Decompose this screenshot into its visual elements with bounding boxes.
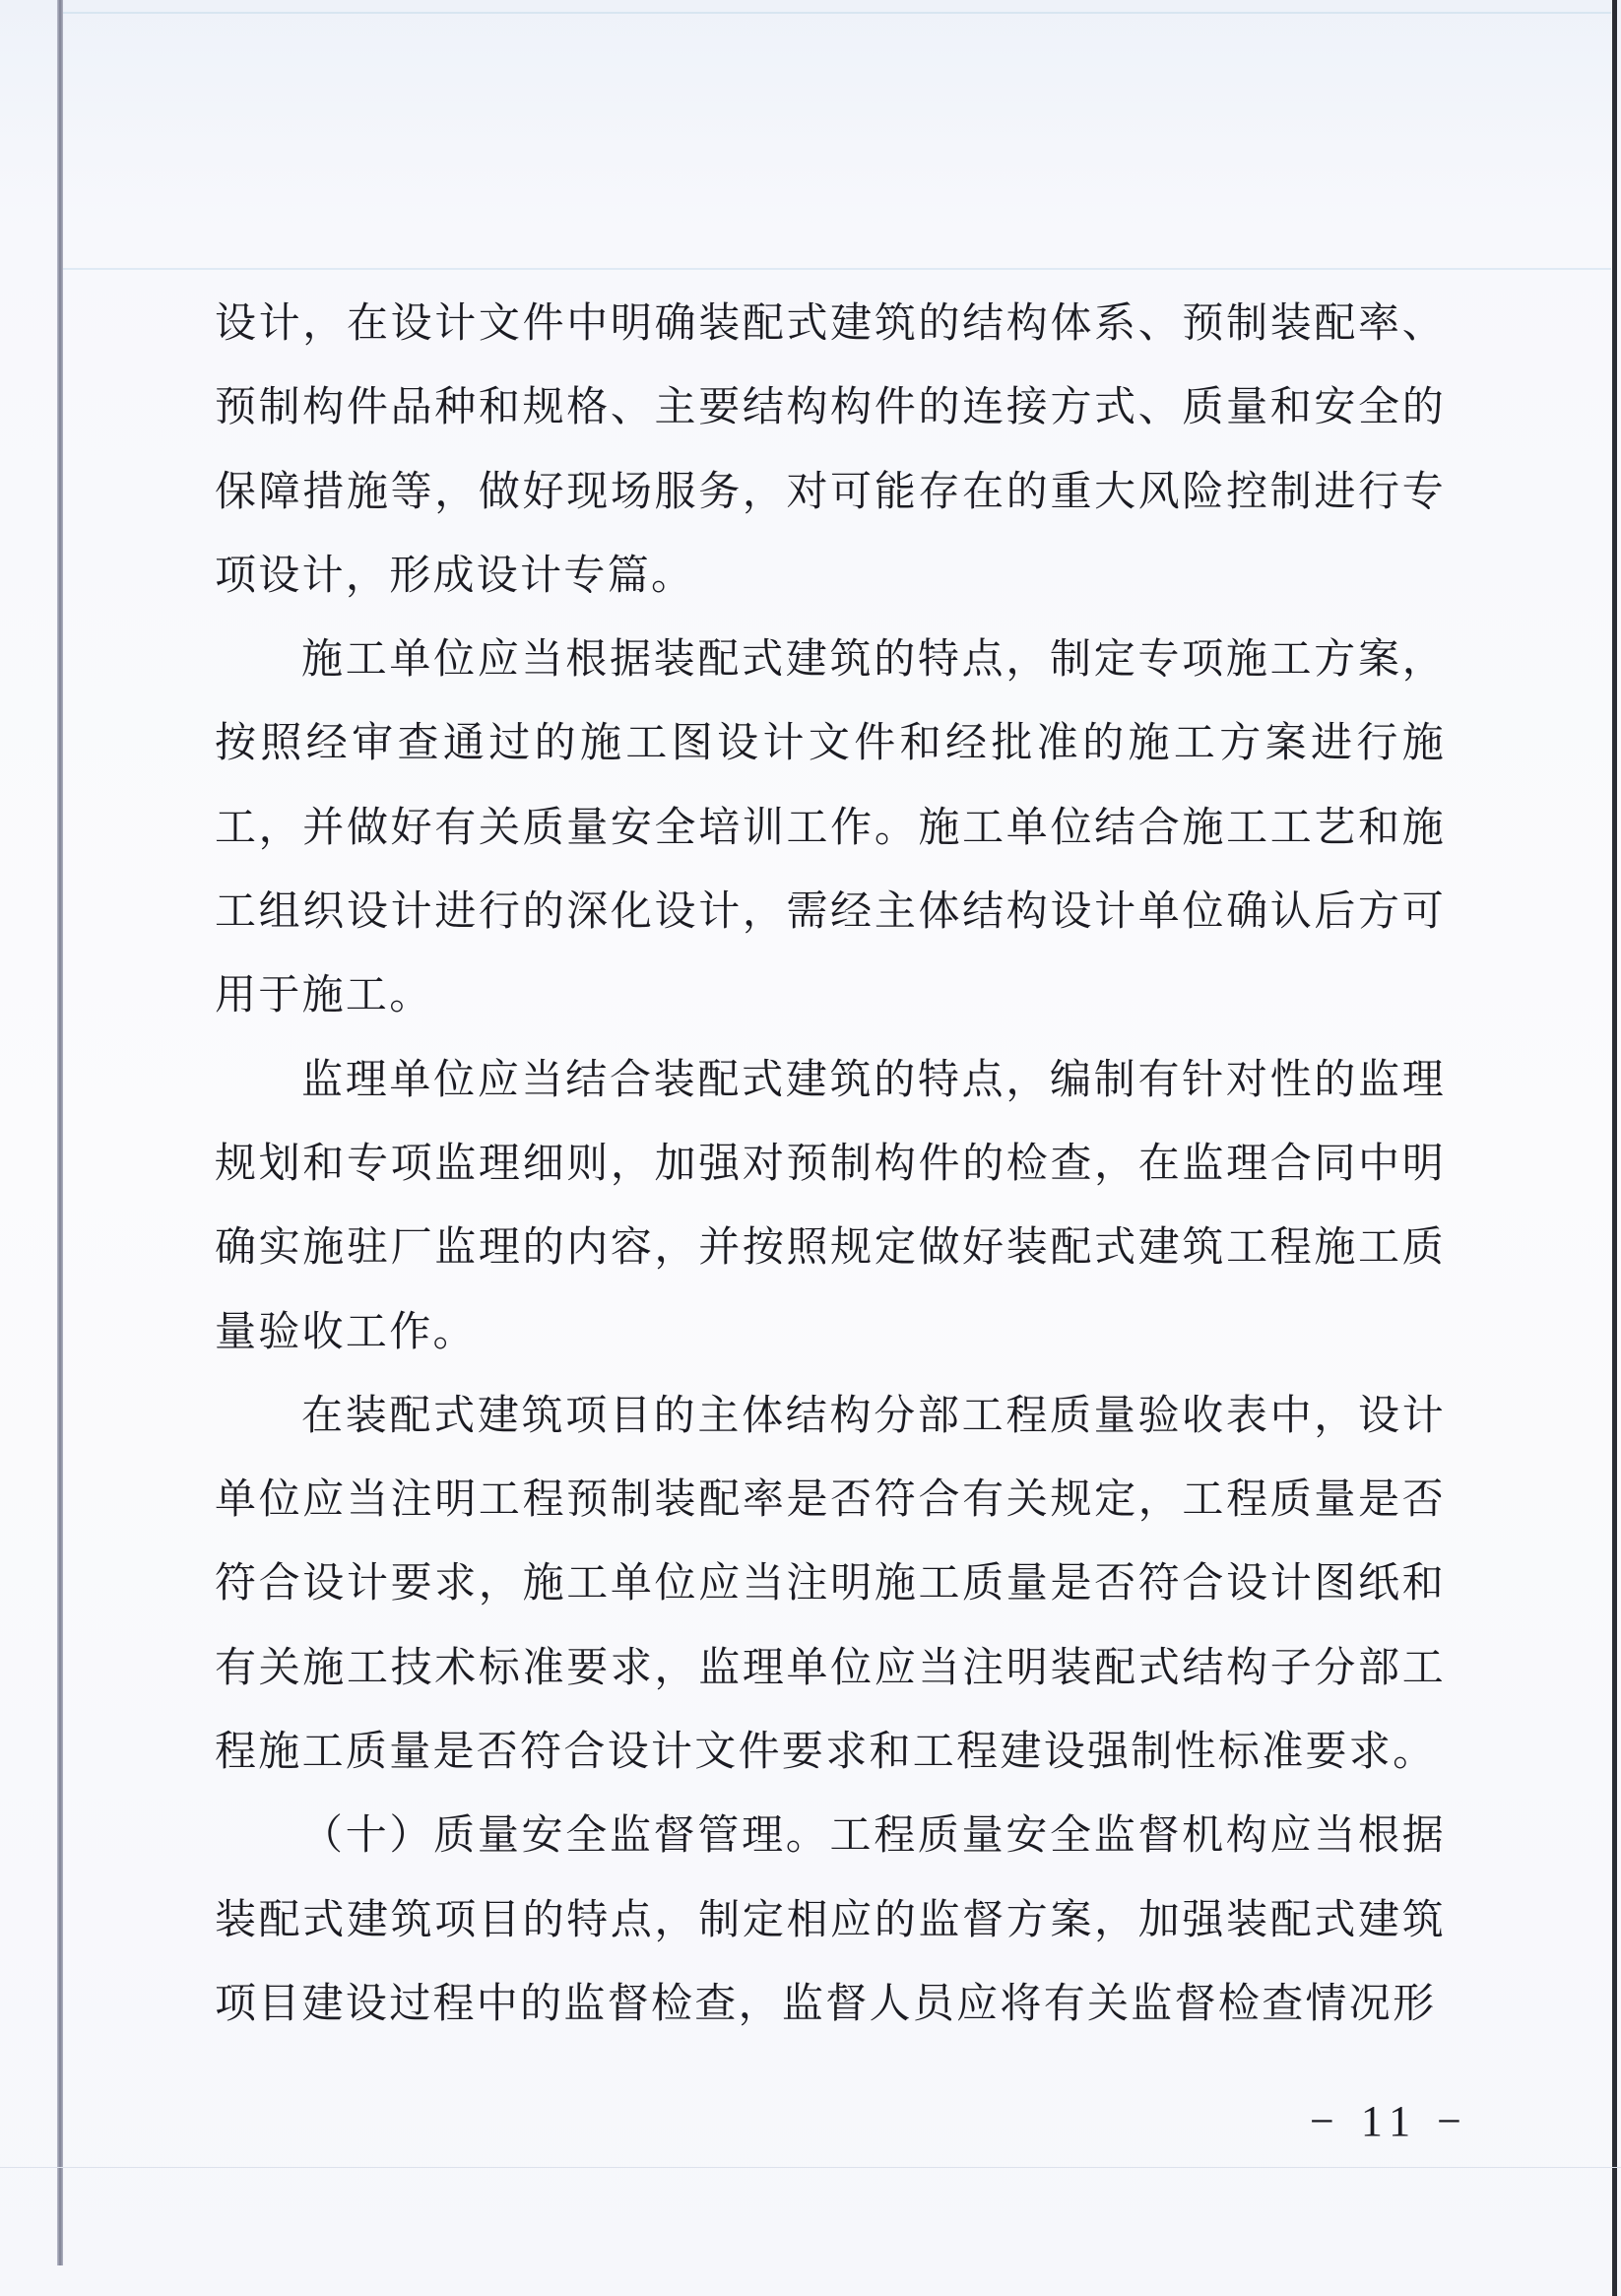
page-number: − 11 − [1310, 2096, 1469, 2146]
document-body: 设计，在设计文件中明确装配式建筑的结构体系、预制装配率、预制构件品种和规格、主要… [215, 281, 1446, 2045]
paragraph-construction-unit: 施工单位应当根据装配式建筑的特点，制定专项施工方案，按照经审查通过的施工图设计文… [215, 617, 1446, 1036]
paragraph-quality-safety-supervision: （十）质量安全监督管理。工程质量安全监督机构应当根据装配式建筑项目的特点，制定相… [215, 1793, 1446, 2045]
scan-artifact-line [63, 268, 1611, 270]
scan-right-edge [1612, 0, 1617, 2296]
scan-left-edge [57, 0, 63, 2265]
scan-artifact-line [63, 12, 1611, 14]
scan-bottom-edge [0, 2167, 1621, 2168]
paragraph-acceptance-form: 在装配式建筑项目的主体结构分部工程质量验收表中，设计单位应当注明工程预制装配率是… [215, 1373, 1446, 1793]
paragraph-design-unit: 设计，在设计文件中明确装配式建筑的结构体系、预制装配率、预制构件品种和规格、主要… [215, 281, 1446, 617]
paragraph-supervision-unit: 监理单位应当结合装配式建筑的特点，编制有针对性的监理规划和专项监理细则，加强对预… [215, 1037, 1446, 1373]
